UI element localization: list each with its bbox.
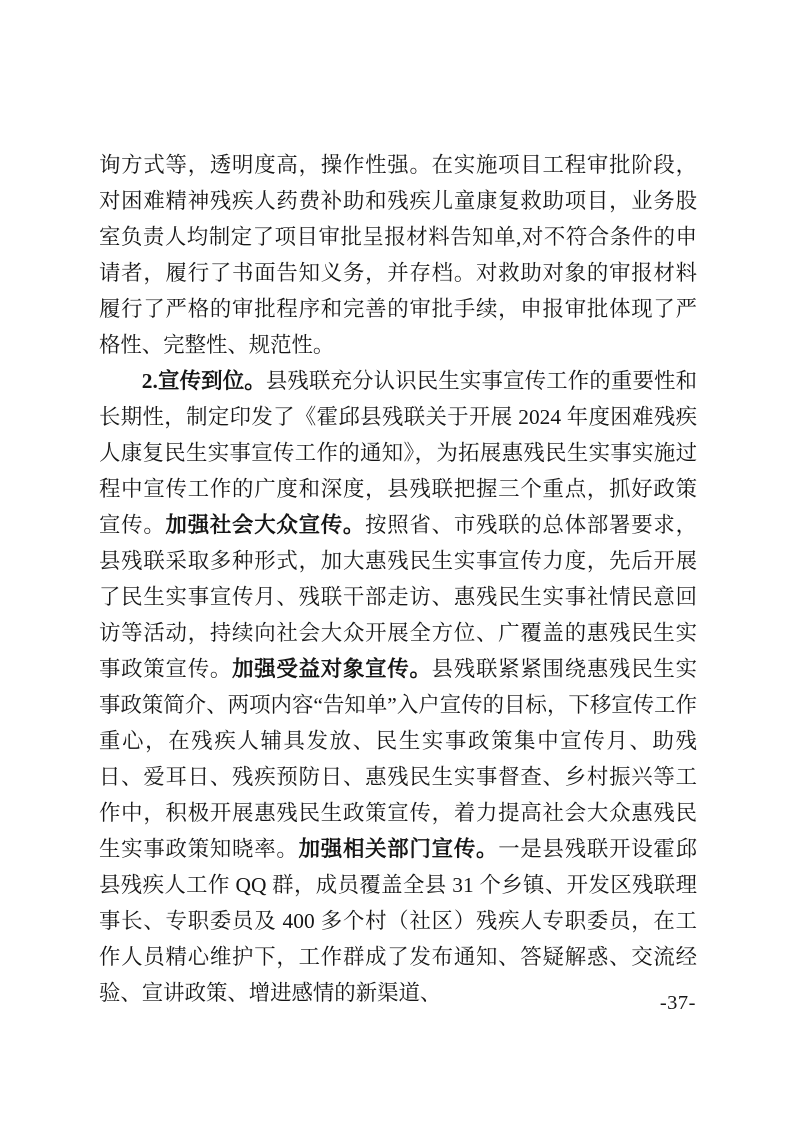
bold-text-run: 加强受益对象宣传。: [232, 657, 432, 681]
paragraph: 2.宣传到位。县残联充分认识民生实事宣传工作的重要性和长期性，制定印发了《霍邱县…: [99, 363, 697, 1011]
paragraph: 询方式等，透明度高，操作性强。在实施项目工程审批阶段，对困难精神残疾人药费补助和…: [99, 147, 697, 363]
page-number: -37-: [660, 990, 696, 1016]
text-run: 一是县残联开设霍邱县残疾人工作 QQ 群，成员覆盖全县 31 个乡镇、开发区残联…: [99, 837, 697, 1005]
bold-text-run: 加强社会大众宣传。: [166, 513, 366, 537]
bold-text-run: 加强相关部门宣传。: [299, 837, 499, 861]
bold-text-run: 2.宣传到位。: [142, 369, 266, 393]
text-run: 县残联充分认识民生实事宣传工作的重要性和长期性，制定印发了《霍邱县残联关于开展 …: [99, 369, 697, 537]
text-run: 县残联紧紧围绕惠残民生实事政策简介、两项内容“告知单”入户宣传的目标，下移宣传工…: [99, 657, 697, 861]
text-run: 按照省、市残联的总体部署要求，县残联采取多种形式，加大惠残民生实事宣传力度，先后…: [99, 513, 697, 681]
text-run: 询方式等，透明度高，操作性强。在实施项目工程审批阶段，对困难精神残疾人药费补助和…: [99, 153, 697, 357]
document-body: 询方式等，透明度高，操作性强。在实施项目工程审批阶段，对困难精神残疾人药费补助和…: [99, 147, 697, 1011]
document-page: 询方式等，透明度高，操作性强。在实施项目工程审批阶段，对困难精神残疾人药费补助和…: [0, 0, 793, 1122]
